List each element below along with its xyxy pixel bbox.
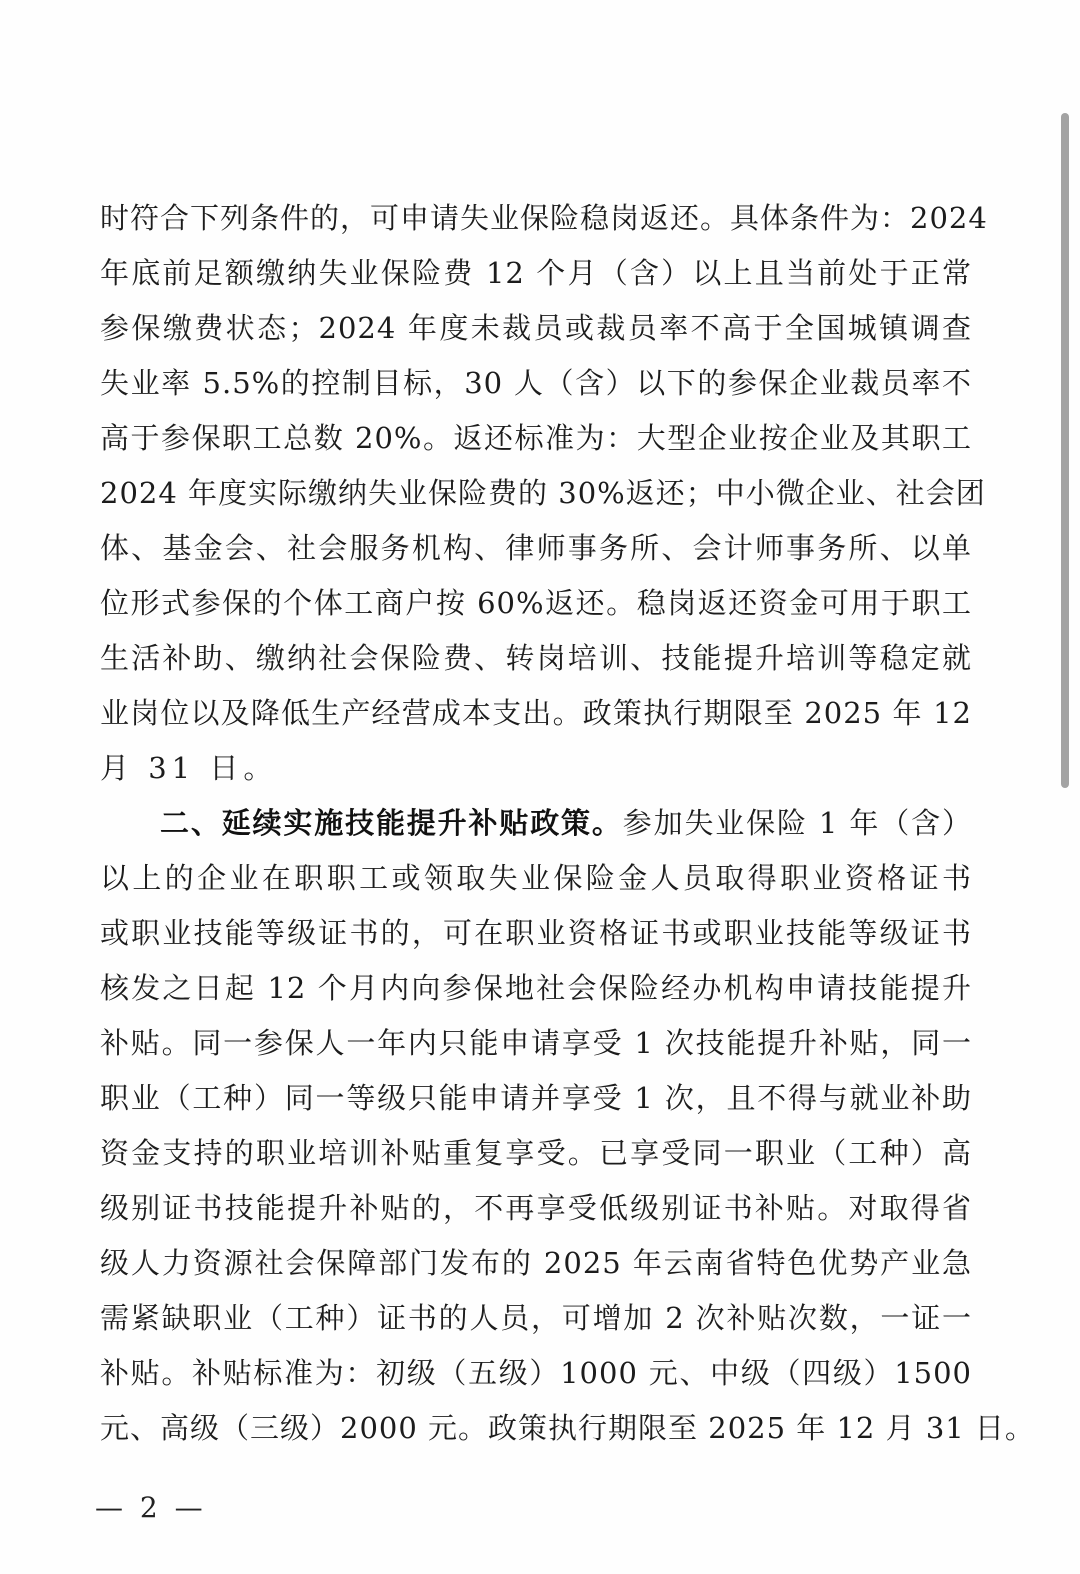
text-line: 补贴。同一参保人一年内只能申请享受 1 次技能提升补贴，同一 <box>100 1023 972 1063</box>
document-page: 时符合下列条件的，可申请失业保险稳岗返还。具体条件为：2024 年底前足额缴纳失… <box>0 0 1080 1574</box>
text-line: 时符合下列条件的，可申请失业保险稳岗返还。具体条件为：2024 <box>100 198 972 238</box>
text-line: 高于参保职工总数 20%。返还标准为：大型企业按企业及其职工 <box>100 418 972 458</box>
text-line: 或职业技能等级证书的，可在职业资格证书或职业技能等级证书 <box>100 913 972 953</box>
section-heading: 二、延续实施技能提升补贴政策。 <box>160 806 623 840</box>
section-heading-line: 二、延续实施技能提升补贴政策。参加失业保险 1 年（含） <box>160 803 972 843</box>
text-line: 体、基金会、社会服务机构、律师事务所、会计师事务所、以单 <box>100 528 972 568</box>
text-line: 月 31 日。 <box>100 748 972 788</box>
text-line: 核发之日起 12 个月内向参保地社会保险经办机构申请技能提升 <box>100 968 972 1008</box>
text-line: 元、高级（三级）2000 元。政策执行期限至 2025 年 12 月 31 日。 <box>100 1408 972 1448</box>
text-line: 补贴。补贴标准为：初级（五级）1000 元、中级（四级）1500 <box>100 1353 972 1393</box>
text-line: 以上的企业在职职工或领取失业保险金人员取得职业资格证书 <box>100 858 972 898</box>
text-line: 级人力资源社会保障部门发布的 2025 年云南省特色优势产业急 <box>100 1243 972 1283</box>
text-line: 需紧缺职业（工种）证书的人员，可增加 2 次补贴次数，一证一 <box>100 1298 972 1338</box>
text-line: 职业（工种）同一等级只能申请并享受 1 次，且不得与就业补助 <box>100 1078 972 1118</box>
text-line: 参保缴费状态；2024 年度未裁员或裁员率不高于全国城镇调查 <box>100 308 972 348</box>
text-line: 年底前足额缴纳失业保险费 12 个月（含）以上且当前处于正常 <box>100 253 972 293</box>
text-line: 2024 年度实际缴纳失业保险费的 30%返还；中小微企业、社会团 <box>100 473 972 513</box>
text-line: 级别证书技能提升补贴的，不再享受低级别证书补贴。对取得省 <box>100 1188 972 1228</box>
text-line: 位形式参保的个体工商户按 60%返还。稳岗返还资金可用于职工 <box>100 583 972 623</box>
text-line: 资金支持的职业培训补贴重复享受。已享受同一职业（工种）高 <box>100 1133 972 1173</box>
vertical-scrollbar[interactable] <box>1061 113 1069 788</box>
heading-line-text: 参加失业保险 1 年（含） <box>623 806 972 840</box>
text-line: 失业率 5.5%的控制目标，30 人（含）以下的参保企业裁员率不 <box>100 363 972 403</box>
text-line: 业岗位以及降低生产经营成本支出。政策执行期限至 2025 年 12 <box>100 693 972 733</box>
page-number: — 2 — <box>95 1490 207 1526</box>
text-line: 生活补助、缴纳社会保险费、转岗培训、技能提升培训等稳定就 <box>100 638 972 678</box>
